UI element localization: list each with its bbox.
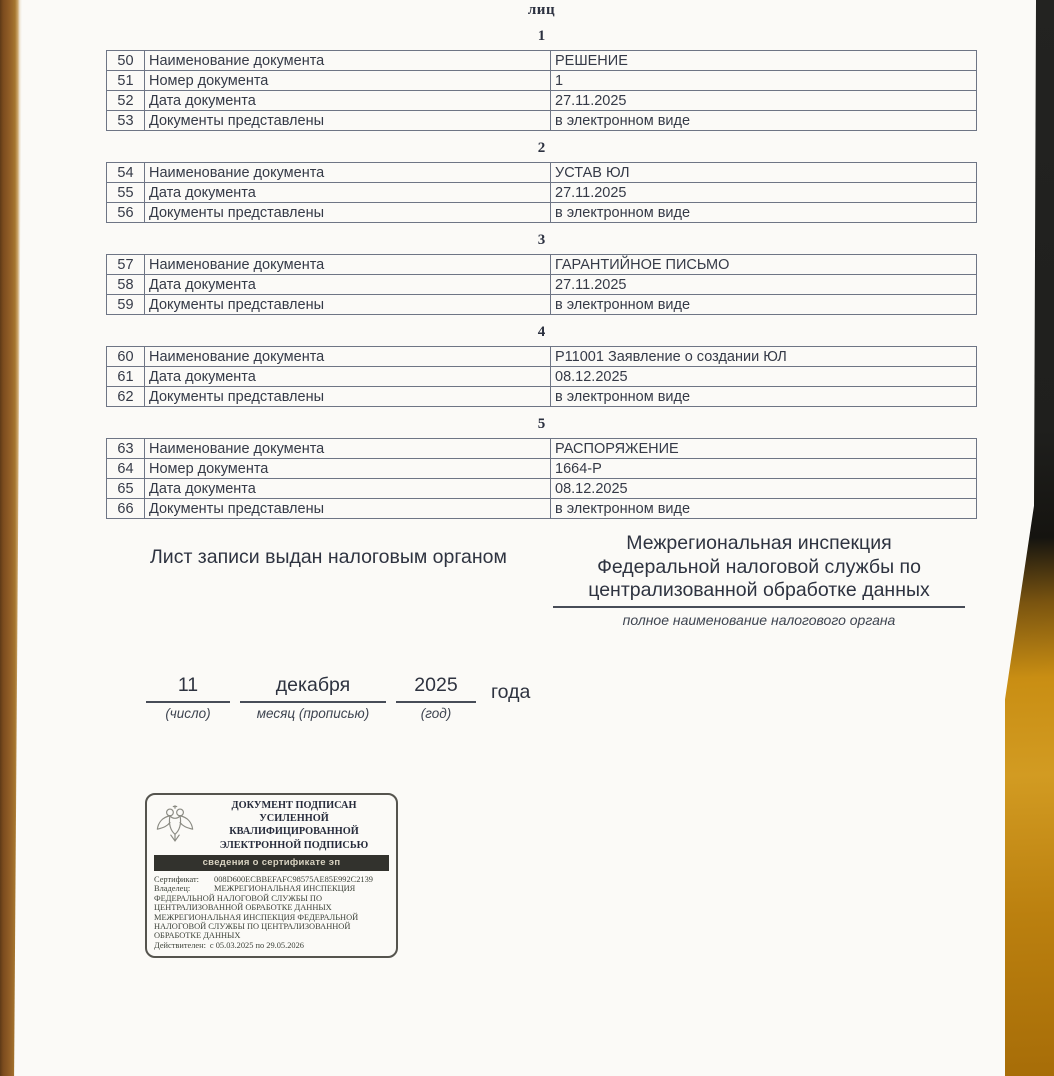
row-label-cell: Дата документа: [145, 183, 551, 203]
documents-table: 60Наименование документаР11001 Заявление…: [106, 346, 977, 407]
certificate-label: Сертификат:: [154, 875, 214, 884]
table-row: 58Дата документа27.11.2025: [107, 275, 977, 295]
entry-number-heading: 3: [106, 232, 977, 249]
row-value-cell: в электронном виде: [551, 111, 977, 131]
issued-by-block: Лист записи выдан налоговым органом Межр…: [106, 532, 977, 608]
row-number-cell: 61: [107, 367, 145, 387]
row-label-cell: Документы представлены: [145, 499, 551, 519]
date-day: 11: [146, 674, 230, 703]
table-row: 50Наименование документаРЕШЕНИЕ: [107, 51, 977, 71]
table-row: 65Дата документа08.12.2025: [107, 479, 977, 499]
row-value-cell: 08.12.2025: [551, 367, 977, 387]
certificate-number: 008D600ECBBEFAFC98575AE85E992C2139: [214, 875, 373, 884]
row-number-cell: 50: [107, 51, 145, 71]
row-number-cell: 52: [107, 91, 145, 111]
stamp-title-line: ДОКУМЕНТ ПОДПИСАН: [199, 799, 389, 812]
validity-row: Действителен:с 05.03.2025 по 29.05.2026: [154, 941, 389, 950]
row-label-cell: Документы представлены: [145, 203, 551, 223]
entry-number-heading: 2: [106, 140, 977, 157]
entry-number-heading: 5: [106, 416, 977, 433]
owner-name-line: ФЕДЕРАЛЬНОЙ НАЛОГОВОЙ СЛУЖБЫ ПО: [154, 894, 389, 903]
certificate-info-bar: сведения о сертификате эп: [154, 855, 389, 871]
validity-period: с 05.03.2025 по 29.05.2026: [210, 941, 304, 950]
certificate-number-row: Сертификат:008D600ECBBEFAFC98575AE85E992…: [154, 875, 389, 884]
date-suffix: года: [491, 674, 530, 704]
documents-table: 57Наименование документаГАРАНТИЙНОЕ ПИСЬ…: [106, 254, 977, 315]
row-number-cell: 64: [107, 459, 145, 479]
documents-table: 63Наименование документаРАСПОРЯЖЕНИЕ64Но…: [106, 438, 977, 519]
table-row: 57Наименование документаГАРАНТИЙНОЕ ПИСЬ…: [107, 255, 977, 275]
table-row: 60Наименование документаР11001 Заявление…: [107, 347, 977, 367]
table-row: 61Дата документа08.12.2025: [107, 367, 977, 387]
row-value-cell: в электронном виде: [551, 295, 977, 315]
row-label-cell: Дата документа: [145, 91, 551, 111]
row-label-cell: Дата документа: [145, 275, 551, 295]
owner-label: Владелец:: [154, 884, 214, 893]
entry-number-heading: 1: [106, 28, 977, 45]
row-number-cell: 54: [107, 163, 145, 183]
row-value-cell: 27.11.2025: [551, 275, 977, 295]
wood-table-edge-left: [0, 0, 22, 1076]
table-row: 53Документы представленыв электронном ви…: [107, 111, 977, 131]
row-label-cell: Дата документа: [145, 479, 551, 499]
row-number-cell: 51: [107, 71, 145, 91]
issue-date-block: 11 (число) декабря месяц (прописью) 2025…: [146, 674, 977, 721]
row-value-cell: УСТАВ ЮЛ: [551, 163, 977, 183]
row-value-cell: 1664-Р: [551, 459, 977, 479]
stamp-title-line: ЭЛЕКТРОННОЙ ПОДПИСЬЮ: [199, 839, 389, 852]
validity-label: Действителен:: [154, 941, 206, 950]
stamp-title: ДОКУМЕНТ ПОДПИСАН УСИЛЕННОЙ КВАЛИФИЦИРОВ…: [199, 799, 389, 853]
owner-name-line: НАЛОГОВОЙ СЛУЖБЫ ПО ЦЕНТРАЛИЗОВАННОЙ: [154, 922, 389, 931]
table-row: 51Номер документа1: [107, 71, 977, 91]
date-year-group: 2025 (год): [396, 674, 476, 721]
record-sheet-scan: лиц 150Наименование документаРЕШЕНИЕ51Но…: [0, 0, 1054, 1076]
row-label-cell: Наименование документа: [145, 163, 551, 183]
row-value-cell: 1: [551, 71, 977, 91]
row-label-cell: Документы представлены: [145, 111, 551, 131]
row-label-cell: Номер документа: [145, 71, 551, 91]
row-value-cell: ГАРАНТИЙНОЕ ПИСЬМО: [551, 255, 977, 275]
owner-name-line: ЦЕНТРАЛИЗОВАННОЙ ОБРАБОТКЕ ДАННЫХ: [154, 903, 389, 912]
table-row: 63Наименование документаРАСПОРЯЖЕНИЕ: [107, 439, 977, 459]
date-day-group: 11 (число): [146, 674, 230, 721]
row-number-cell: 60: [107, 347, 145, 367]
table-row: 59Документы представленыв электронном ви…: [107, 295, 977, 315]
table-row: 52Дата документа27.11.2025: [107, 91, 977, 111]
stamp-title-line: УСИЛЕННОЙ КВАЛИФИЦИРОВАННОЙ: [199, 812, 389, 839]
date-month: декабря: [240, 674, 386, 703]
row-number-cell: 66: [107, 499, 145, 519]
owner-name-line: МЕЖРЕГИОНАЛЬНАЯ ИНСПЕКЦИЯ ФЕДЕРАЛЬНОЙ: [154, 913, 389, 922]
table-row: 64Номер документа1664-Р: [107, 459, 977, 479]
row-value-cell: в электронном виде: [551, 499, 977, 519]
document-page: лиц 150Наименование документаРЕШЕНИЕ51Но…: [106, 0, 977, 958]
tax-authority-line: Межрегиональная инспекция: [553, 532, 965, 556]
row-label-cell: Наименование документа: [145, 51, 551, 71]
tax-authority-name: Межрегиональная инспекция Федеральной на…: [553, 532, 965, 608]
row-number-cell: 57: [107, 255, 145, 275]
date-month-caption: месяц (прописью): [240, 703, 386, 721]
stamp-header: ДОКУМЕНТ ПОДПИСАН УСИЛЕННОЙ КВАЛИФИЦИРОВ…: [154, 799, 389, 853]
row-number-cell: 65: [107, 479, 145, 499]
row-label-cell: Документы представлены: [145, 295, 551, 315]
photo-edge-right: [1004, 0, 1054, 1076]
table-row: 62Документы представленыв электронном ви…: [107, 387, 977, 407]
digital-signature-stamp: ДОКУМЕНТ ПОДПИСАН УСИЛЕННОЙ КВАЛИФИЦИРОВ…: [145, 793, 398, 959]
row-value-cell: РАСПОРЯЖЕНИЕ: [551, 439, 977, 459]
row-number-cell: 55: [107, 183, 145, 203]
document-tables: 150Наименование документаРЕШЕНИЕ51Номер …: [106, 28, 977, 519]
owner-name-line: МЕЖРЕГИОНАЛЬНАЯ ИНСПЕКЦИЯ: [214, 884, 355, 893]
date-day-caption: (число): [146, 703, 230, 721]
owner-row: Владелец:МЕЖРЕГИОНАЛЬНАЯ ИНСПЕКЦИЯ: [154, 884, 389, 893]
coat-of-arms-icon: [154, 804, 196, 846]
table-row: 54Наименование документаУСТАВ ЮЛ: [107, 163, 977, 183]
table-row: 56Документы представленыв электронном ви…: [107, 203, 977, 223]
row-value-cell: 08.12.2025: [551, 479, 977, 499]
stamp-body: Сертификат:008D600ECBBEFAFC98575AE85E992…: [154, 875, 389, 950]
entry-number-heading: 4: [106, 324, 977, 341]
row-value-cell: в электронном виде: [551, 387, 977, 407]
row-label-cell: Документы представлены: [145, 387, 551, 407]
row-value-cell: РЕШЕНИЕ: [551, 51, 977, 71]
tax-authority-line: централизованной обработке данных: [553, 579, 965, 603]
documents-table: 50Наименование документаРЕШЕНИЕ51Номер д…: [106, 50, 977, 131]
row-number-cell: 53: [107, 111, 145, 131]
date-month-group: декабря месяц (прописью): [240, 674, 386, 721]
row-label-cell: Номер документа: [145, 459, 551, 479]
row-label-cell: Наименование документа: [145, 347, 551, 367]
owner-name-line: ОБРАБОТКЕ ДАННЫХ: [154, 931, 389, 940]
documents-table: 54Наименование документаУСТАВ ЮЛ55Дата д…: [106, 162, 977, 223]
row-label-cell: Наименование документа: [145, 439, 551, 459]
issued-by-label: Лист записи выдан налоговым органом: [106, 532, 553, 608]
row-value-cell: Р11001 Заявление о создании ЮЛ: [551, 347, 977, 367]
row-number-cell: 56: [107, 203, 145, 223]
date-year-caption: (год): [396, 703, 476, 721]
row-label-cell: Наименование документа: [145, 255, 551, 275]
tax-authority-caption: полное наименование налогового органа: [553, 608, 965, 628]
row-number-cell: 63: [107, 439, 145, 459]
row-value-cell: 27.11.2025: [551, 183, 977, 203]
tax-authority-line: Федеральной налоговой службы по: [553, 556, 965, 580]
row-number-cell: 58: [107, 275, 145, 295]
page-continuation-text: лиц: [106, 0, 977, 19]
table-row: 66Документы представленыв электронном ви…: [107, 499, 977, 519]
row-label-cell: Дата документа: [145, 367, 551, 387]
row-value-cell: 27.11.2025: [551, 91, 977, 111]
table-row: 55Дата документа27.11.2025: [107, 183, 977, 203]
date-year: 2025: [396, 674, 476, 703]
row-value-cell: в электронном виде: [551, 203, 977, 223]
row-number-cell: 59: [107, 295, 145, 315]
row-number-cell: 62: [107, 387, 145, 407]
